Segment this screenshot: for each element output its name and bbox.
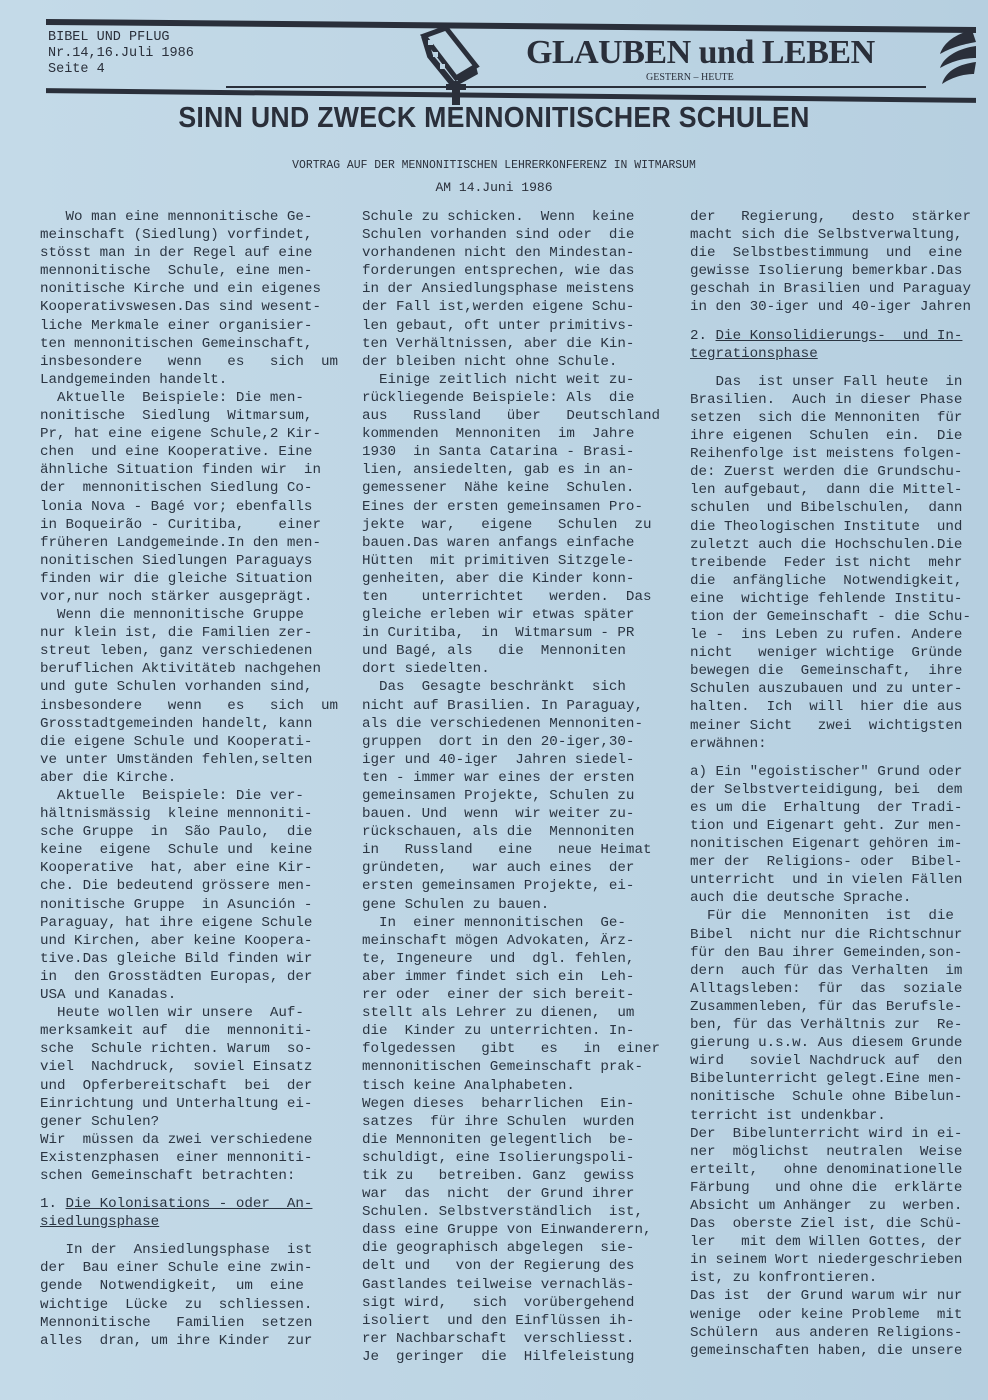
text-line: ersten gemeinsamen Projekte, ei- — [362, 877, 662, 895]
text-line: und Opferbereitschaft bei der — [40, 1077, 340, 1095]
text-line: genheiten, aber die Kinder konn- — [362, 570, 662, 588]
section-gap — [690, 317, 980, 327]
text-line: meinschaft (Siedlung) vorfindet, — [40, 226, 340, 244]
section-heading-line: Die Konsolidierungs- und In- — [716, 328, 963, 344]
article-column-1: Wo man eine mennonitische Ge-meinschaft … — [40, 208, 340, 1350]
text-line: gruppen dort in den 20-iger,30- — [362, 733, 662, 751]
text-line: Absicht um Anhänger zu werben. — [690, 1197, 980, 1215]
text-line: gende Notwendigkeit, um eine — [40, 1277, 340, 1295]
text-line: tisch keine Analphabeten. — [362, 1077, 662, 1095]
section-gap — [40, 1231, 340, 1241]
section-number: 2. — [690, 328, 716, 344]
publication-info: BIBEL UND PFLUG Nr.14,16.Juli 1986 Seite… — [48, 30, 194, 78]
text-line: In der Ansiedlungsphase ist — [40, 1241, 340, 1259]
text-line: dort siedelten. — [362, 660, 662, 678]
text-line: nicht auf Brasilien. In Paraguay, — [362, 697, 662, 715]
text-line: viel Nachdruck, soviel Einsatz — [40, 1058, 340, 1076]
text-line: Wir müssen da zwei verschiedene — [40, 1131, 340, 1149]
text-line: finden wir die gleiche Situation — [40, 570, 340, 588]
text-line: Schulen. Selbstverständlich ist, — [362, 1203, 662, 1221]
text-line: tion der Gemeinschaft - die Schu- — [690, 608, 980, 626]
text-line: eine wichtige fehlende Institu- — [690, 590, 980, 608]
text-line: rer oder einer der sich bereit- — [362, 986, 662, 1004]
text-line: ben, für das Verhältnis zur Re- — [690, 1016, 980, 1034]
text-line: schuldigt, eine Isolierungspoli- — [362, 1149, 662, 1167]
text-line: der bleiben nicht ohne Schule. — [362, 353, 662, 371]
text-line: folgedessen gibt es in einer — [362, 1040, 662, 1058]
text-line: wenige oder keine Probleme mit — [690, 1306, 980, 1324]
text-line: der mennonitischen Siedlung Co- — [40, 479, 340, 497]
text-line: rer Nachbarschaft verschliesst. — [362, 1330, 662, 1348]
text-line: der Fall ist,werden eigene Schu- — [362, 298, 662, 316]
text-line: wichtige Lücke zu schliessen. — [40, 1296, 340, 1314]
text-line: de: Zuerst werden die Grundschu- — [690, 463, 980, 481]
text-line: aber immer findet sich ein Leh- — [362, 968, 662, 986]
text-line: satzes für ihre Schulen wurden — [362, 1113, 662, 1131]
text-line: erteilt, ohne denominationelle — [690, 1161, 980, 1179]
text-line: und Bagé, als die Mennoniten — [362, 642, 662, 660]
text-line: gemeinschaften haben, die unsere — [690, 1342, 980, 1360]
section-number: 1. — [40, 1196, 66, 1212]
text-line: als die verschiedenen Mennoniten- — [362, 715, 662, 733]
text-line: Grosstadtgemeinden handelt, kann — [40, 715, 340, 733]
publication-name: BIBEL UND PFLUG — [48, 30, 194, 46]
text-line: und Kirchen, aber keine Koopera- — [40, 932, 340, 950]
text-line: nonitischen Eigenart gehören im- — [690, 835, 980, 853]
text-line: nonitische Siedlung Witmarsum, — [40, 407, 340, 425]
text-line: terricht ist undenkbar. — [690, 1107, 980, 1125]
text-line: bewegen die Gemeinschaft, ihre — [690, 662, 980, 680]
text-line: Brasilien. Auch in dieser Phase — [690, 391, 980, 409]
text-line: insbesondere wenn es sich um — [40, 353, 340, 371]
text-line: schulen und Bibelschulen, dann — [690, 499, 980, 517]
text-line: 1930 in Santa Catarina - Brasi- — [362, 443, 662, 461]
text-line: Paraguay, hat ihre eigene Schule — [40, 914, 340, 932]
text-line: ler mit dem Willen Gottes, der — [690, 1233, 980, 1251]
text-line: Schulen vorhanden sind oder die — [362, 226, 662, 244]
text-line: nonitische Kirche und ein eigenes — [40, 280, 340, 298]
text-line: dass eine Gruppe von Einwanderern, — [362, 1221, 662, 1239]
text-line: in seinem Wort niedergeschrieben — [690, 1251, 980, 1269]
text-line: in der Ansiedlungsphase meistens — [362, 280, 662, 298]
text-line: jekte war, eigene Schulen zu — [362, 516, 662, 534]
text-line: Wo man eine mennonitische Ge- — [40, 208, 340, 226]
text-line: die Mennoniten gelegentlich be- — [362, 1131, 662, 1149]
text-line: mer der Religions- oder Bibel- — [690, 853, 980, 871]
text-line: keine eigene Schule und keine — [40, 841, 340, 859]
text-line: ihre eigenen Schulen ein. Die — [690, 427, 980, 445]
text-line: für den Bau ihrer Gemeinden,son- — [690, 944, 980, 962]
text-line: ten Verhältnissen, aber die Kin- — [362, 335, 662, 353]
text-line: tive.Das gleiche Bild finden wir — [40, 950, 340, 968]
text-line: nicht weniger wichtige Gründe — [690, 644, 980, 662]
text-line: Existenzphasen einer mennoniti- — [40, 1149, 340, 1167]
text-line: war das nicht der Grund ihrer — [362, 1185, 662, 1203]
text-line: beruflichen Aktivitäteb nachgehen — [40, 660, 340, 678]
text-line: nonitischen Siedlungen Paraguays — [40, 552, 340, 570]
text-line: Mennonitische Familien setzen — [40, 1314, 340, 1332]
section-heading: 1. Die Kolonisations - oder An- — [40, 1195, 340, 1213]
text-line: macht sich die Selbstverwaltung, — [690, 226, 980, 244]
text-line: sigt wird, sich vorübergehend — [362, 1294, 662, 1312]
text-line: die Kinder zu unterrichten. In- — [362, 1022, 662, 1040]
text-line: sche Gruppe in São Paulo, die — [40, 823, 340, 841]
section-heading-line: tegrationsphase — [690, 346, 818, 362]
text-line: le - ins Leben zu rufen. Andere — [690, 626, 980, 644]
text-line: und gute Schulen vorhanden sind, — [40, 678, 340, 696]
text-line: len gebaut, oft unter primitivs- — [362, 317, 662, 335]
text-line: Das oberste Ziel ist, die Schü- — [690, 1215, 980, 1233]
text-line: aus Russland über Deutschland — [362, 407, 662, 425]
text-line: merksamkeit auf die mennoniti- — [40, 1022, 340, 1040]
text-line: in den 30-iger und 40-iger Jahren — [690, 298, 980, 316]
text-line: Landgemeinden handelt. — [40, 371, 340, 389]
text-line: meiner Sicht zwei wichtigsten — [690, 717, 980, 735]
text-line: ten unterrichtet werden. Das — [362, 588, 662, 606]
text-line: in Curitiba, in Witmarsum - PR — [362, 624, 662, 642]
text-line: Schülern aus anderen Religions- — [690, 1324, 980, 1342]
text-line: Für die Mennoniten ist die — [690, 907, 980, 925]
text-line: delt und von der Regierung des — [362, 1257, 662, 1275]
text-line: kommenden Mennoniten im Jahre — [362, 425, 662, 443]
text-line: gene Schulen zu bauen. — [362, 896, 662, 914]
text-line: Wegen dieses beharrlichen Ein- — [362, 1095, 662, 1113]
text-line: rückschauen, als die Mennoniten — [362, 823, 662, 841]
text-line: gleiche erleben wir etwas später — [362, 606, 662, 624]
text-line: der Bau einer Schule eine zwin- — [40, 1259, 340, 1277]
text-line: rückliegende Beispiele: Als die — [362, 389, 662, 407]
text-line: dern auch für das Verhalten im — [690, 962, 980, 980]
logo-subtitle: GESTERN – HEUTE — [646, 72, 734, 83]
text-line: Das ist der Grund warum wir nur — [690, 1287, 980, 1305]
text-line: ve unter Umständen fehlen,selten — [40, 751, 340, 769]
text-line: ten mennonitischen Gemeinschaft, — [40, 335, 340, 353]
text-line: bauen.Das waren anfangs einfache — [362, 534, 662, 552]
text-line: Einrichtung und Unterhaltung ei- — [40, 1095, 340, 1113]
text-line: aber die Kirche. — [40, 769, 340, 787]
text-line: die geographisch abgelegen sie- — [362, 1239, 662, 1257]
text-line: vorhandenen nicht den Mindestan- — [362, 244, 662, 262]
page-number: Seite 4 — [48, 62, 194, 78]
flame-icon — [936, 28, 978, 90]
text-line: chen und eine Kooperative. Eine — [40, 443, 340, 461]
text-line: Eines der ersten gemeinsamen Pro- — [362, 498, 662, 516]
text-line: es um die Erhaltung der Tradi- — [690, 799, 980, 817]
text-line: ner möglichst neutralen Weise — [690, 1143, 980, 1161]
masthead-bottom-rule — [46, 88, 976, 103]
section-gap — [690, 363, 980, 373]
text-line: USA und Kanadas. — [40, 986, 340, 1004]
text-line: lonia Nova - Bagé vor; ebenfalls — [40, 498, 340, 516]
text-line: iger und 40-iger Jahren siedel- — [362, 751, 662, 769]
text-line: forderungen entsprechen, wie das — [362, 262, 662, 280]
text-line: gener Schulen? — [40, 1113, 340, 1131]
section-heading: siedlungsphase — [40, 1213, 340, 1231]
masthead-thin-rule — [226, 86, 926, 88]
text-line: streut leben, ganz verschiedenen — [40, 642, 340, 660]
text-line: stösst man in der Regel auf eine — [40, 244, 340, 262]
text-line: treibende Feder ist nicht mehr — [690, 554, 980, 572]
section-heading: 2. Die Konsolidierungs- und In- — [690, 327, 980, 345]
text-line: Hütten mit primitiven Sitzgele- — [362, 552, 662, 570]
text-line: die Theologischen Institute und — [690, 518, 980, 536]
text-line: zuletzt auch die Hochschulen.Die — [690, 536, 980, 554]
text-line: Aktuelle Beispiele: Die men- — [40, 389, 340, 407]
text-line: ten - immer war eines der ersten — [362, 769, 662, 787]
text-line: gewisse Isolierung bemerkbar.Das — [690, 262, 980, 280]
section-heading-line: siedlungsphase — [40, 1214, 159, 1230]
text-line: die anfängliche Notwendigkeit, — [690, 572, 980, 590]
text-line: gemessener Nähe keine Schulen. — [362, 479, 662, 497]
text-line: auch die deutsche Sprache. — [690, 889, 980, 907]
text-line: mennonitischen Gemeinschaft prak- — [362, 1058, 662, 1076]
text-line: liche Merkmale einer organisier- — [40, 317, 340, 335]
text-line: che. Die bedeutend grössere men- — [40, 877, 340, 895]
section-gap — [690, 753, 980, 763]
text-line: unterricht und in vielen Fällen — [690, 871, 980, 889]
issue-number: Nr.14,16.Juli 1986 — [48, 46, 194, 62]
text-line: gründeten, war auch eines der — [362, 859, 662, 877]
text-line: nonitische Schule ohne Bibelun- — [690, 1088, 980, 1106]
text-line: in Russland eine neue Heimat — [362, 841, 662, 859]
text-line: te, Ingeneure und dgl. fehlen, — [362, 950, 662, 968]
text-line: gemeinsamen Projekte, Schulen zu — [362, 787, 662, 805]
text-line: ähnliche Situation finden wir in — [40, 461, 340, 479]
text-line: vor,nur noch stärker ausgeprägt. — [40, 588, 340, 606]
text-line: alles dran, um ihre Kinder zur — [40, 1332, 340, 1350]
text-line: Heute wollen wir unsere Auf- — [40, 1004, 340, 1022]
text-line: tion und Eigenart geht. Zur men- — [690, 817, 980, 835]
text-line: die eigene Schule und Kooperati- — [40, 733, 340, 751]
text-line: der Regierung, desto stärker — [690, 208, 980, 226]
text-line: Reihenfolge ist meistens folgen- — [690, 445, 980, 463]
text-line: schen Gemeinschaft betrachten: — [40, 1167, 340, 1185]
text-line: isoliert und den Einflüssen ih- — [362, 1312, 662, 1330]
text-line: Zusammenleben, für das Berufsle- — [690, 998, 980, 1016]
text-line: Färbung und ohne die erklärte — [690, 1179, 980, 1197]
article-column-3: der Regierung, desto stärkermacht sich d… — [690, 208, 980, 1360]
article-date: AM 14.Juni 1986 — [0, 180, 988, 195]
text-line: Das ist unser Fall heute in — [690, 373, 980, 391]
text-line: Je geringer die Hilfeleistung — [362, 1348, 662, 1366]
text-line: nur klein ist, die Familien zer- — [40, 624, 340, 642]
text-line: meinschaft mögen Advokaten, Ärz- — [362, 932, 662, 950]
text-line: Schule zu schicken. Wenn keine — [362, 208, 662, 226]
text-line: lien, ansiedelten, gab es in an- — [362, 461, 662, 479]
text-line: hältnismässig kleine mennoniti- — [40, 805, 340, 823]
text-line: len aufgebaut, dann die Mittel- — [690, 481, 980, 499]
text-line: stellt als Lehrer zu dienen, um — [362, 1004, 662, 1022]
text-line: die Selbstbestimmung und eine — [690, 244, 980, 262]
section-gap — [40, 1185, 340, 1195]
text-line: in Boqueirão - Curitiba, einer — [40, 516, 340, 534]
article-column-2: Schule zu schicken. Wenn keineSchulen vo… — [362, 208, 662, 1366]
text-line: insbesondere wenn es sich um — [40, 697, 340, 715]
section-heading: tegrationsphase — [690, 345, 980, 363]
text-line: nonitische Gruppe in Asunción - — [40, 896, 340, 914]
text-line: mennonitische Schule, eine men- — [40, 262, 340, 280]
text-line: In einer mennonitischen Ge- — [362, 914, 662, 932]
section-heading-line: Die Kolonisations - oder An- — [66, 1196, 313, 1212]
text-line: Kooperativswesen.Das sind wesent- — [40, 298, 340, 316]
text-line: der Selbstverteidigung, bei dem — [690, 781, 980, 799]
text-line: bauen. Und wenn wir weiter zu- — [362, 805, 662, 823]
text-line: ist, zu konfrontieren. — [690, 1269, 980, 1287]
text-line: Einige zeitlich nicht weit zu- — [362, 371, 662, 389]
text-line: Schulen auszubauen und zu unter- — [690, 680, 980, 698]
text-line: halten. Ich will hier die aus — [690, 698, 980, 716]
newspaper-page: BIBEL UND PFLUG Nr.14,16.Juli 1986 Seite… — [0, 0, 988, 1400]
text-line: Alltagsleben: für das soziale — [690, 980, 980, 998]
text-line: sche Schule richten. Warum so- — [40, 1040, 340, 1058]
masthead: BIBEL UND PFLUG Nr.14,16.Juli 1986 Seite… — [46, 20, 976, 98]
text-line: wird soviel Nachdruck auf den — [690, 1052, 980, 1070]
text-line: früheren Landgemeinde.In den men- — [40, 534, 340, 552]
logo-title: GLAUBEN und LEBEN — [526, 34, 875, 72]
text-line: setzen sich die Mennoniten für — [690, 409, 980, 427]
text-line: Bibel nicht nur die Richtschnur — [690, 926, 980, 944]
article-subtitle: VORTRAG AUF DER MENNONITISCHEN LEHRERKON… — [25, 158, 964, 172]
text-line: Das Gesagte beschränkt sich — [362, 678, 662, 696]
text-line: erwähnen: — [690, 735, 980, 753]
text-line: Bibelunterricht gelegt.Eine men- — [690, 1070, 980, 1088]
text-line: Wenn die mennonitische Gruppe — [40, 606, 340, 624]
book-icon — [416, 26, 496, 106]
text-line: Kooperative hat, aber eine Kir- — [40, 859, 340, 877]
text-line: in den Grosstädten Europas, der — [40, 968, 340, 986]
text-line: Der Bibelunterricht wird in ei- — [690, 1125, 980, 1143]
text-line: Pr, hat eine eigene Schule,2 Kir- — [40, 425, 340, 443]
text-line: geschah in Brasilien und Paraguay — [690, 280, 980, 298]
text-line: Gastlandes teilweise vernachläs- — [362, 1276, 662, 1294]
text-line: a) Ein "egoistischer" Grund oder — [690, 763, 980, 781]
text-line: gierung u.s.w. Aus diesem Grunde — [690, 1034, 980, 1052]
text-line: Aktuelle Beispiele: Die ver- — [40, 787, 340, 805]
article-title: SINN UND ZWECK MENNONITISCHER SCHULEN — [40, 102, 949, 135]
text-line: tik zu betreiben. Ganz gewiss — [362, 1167, 662, 1185]
